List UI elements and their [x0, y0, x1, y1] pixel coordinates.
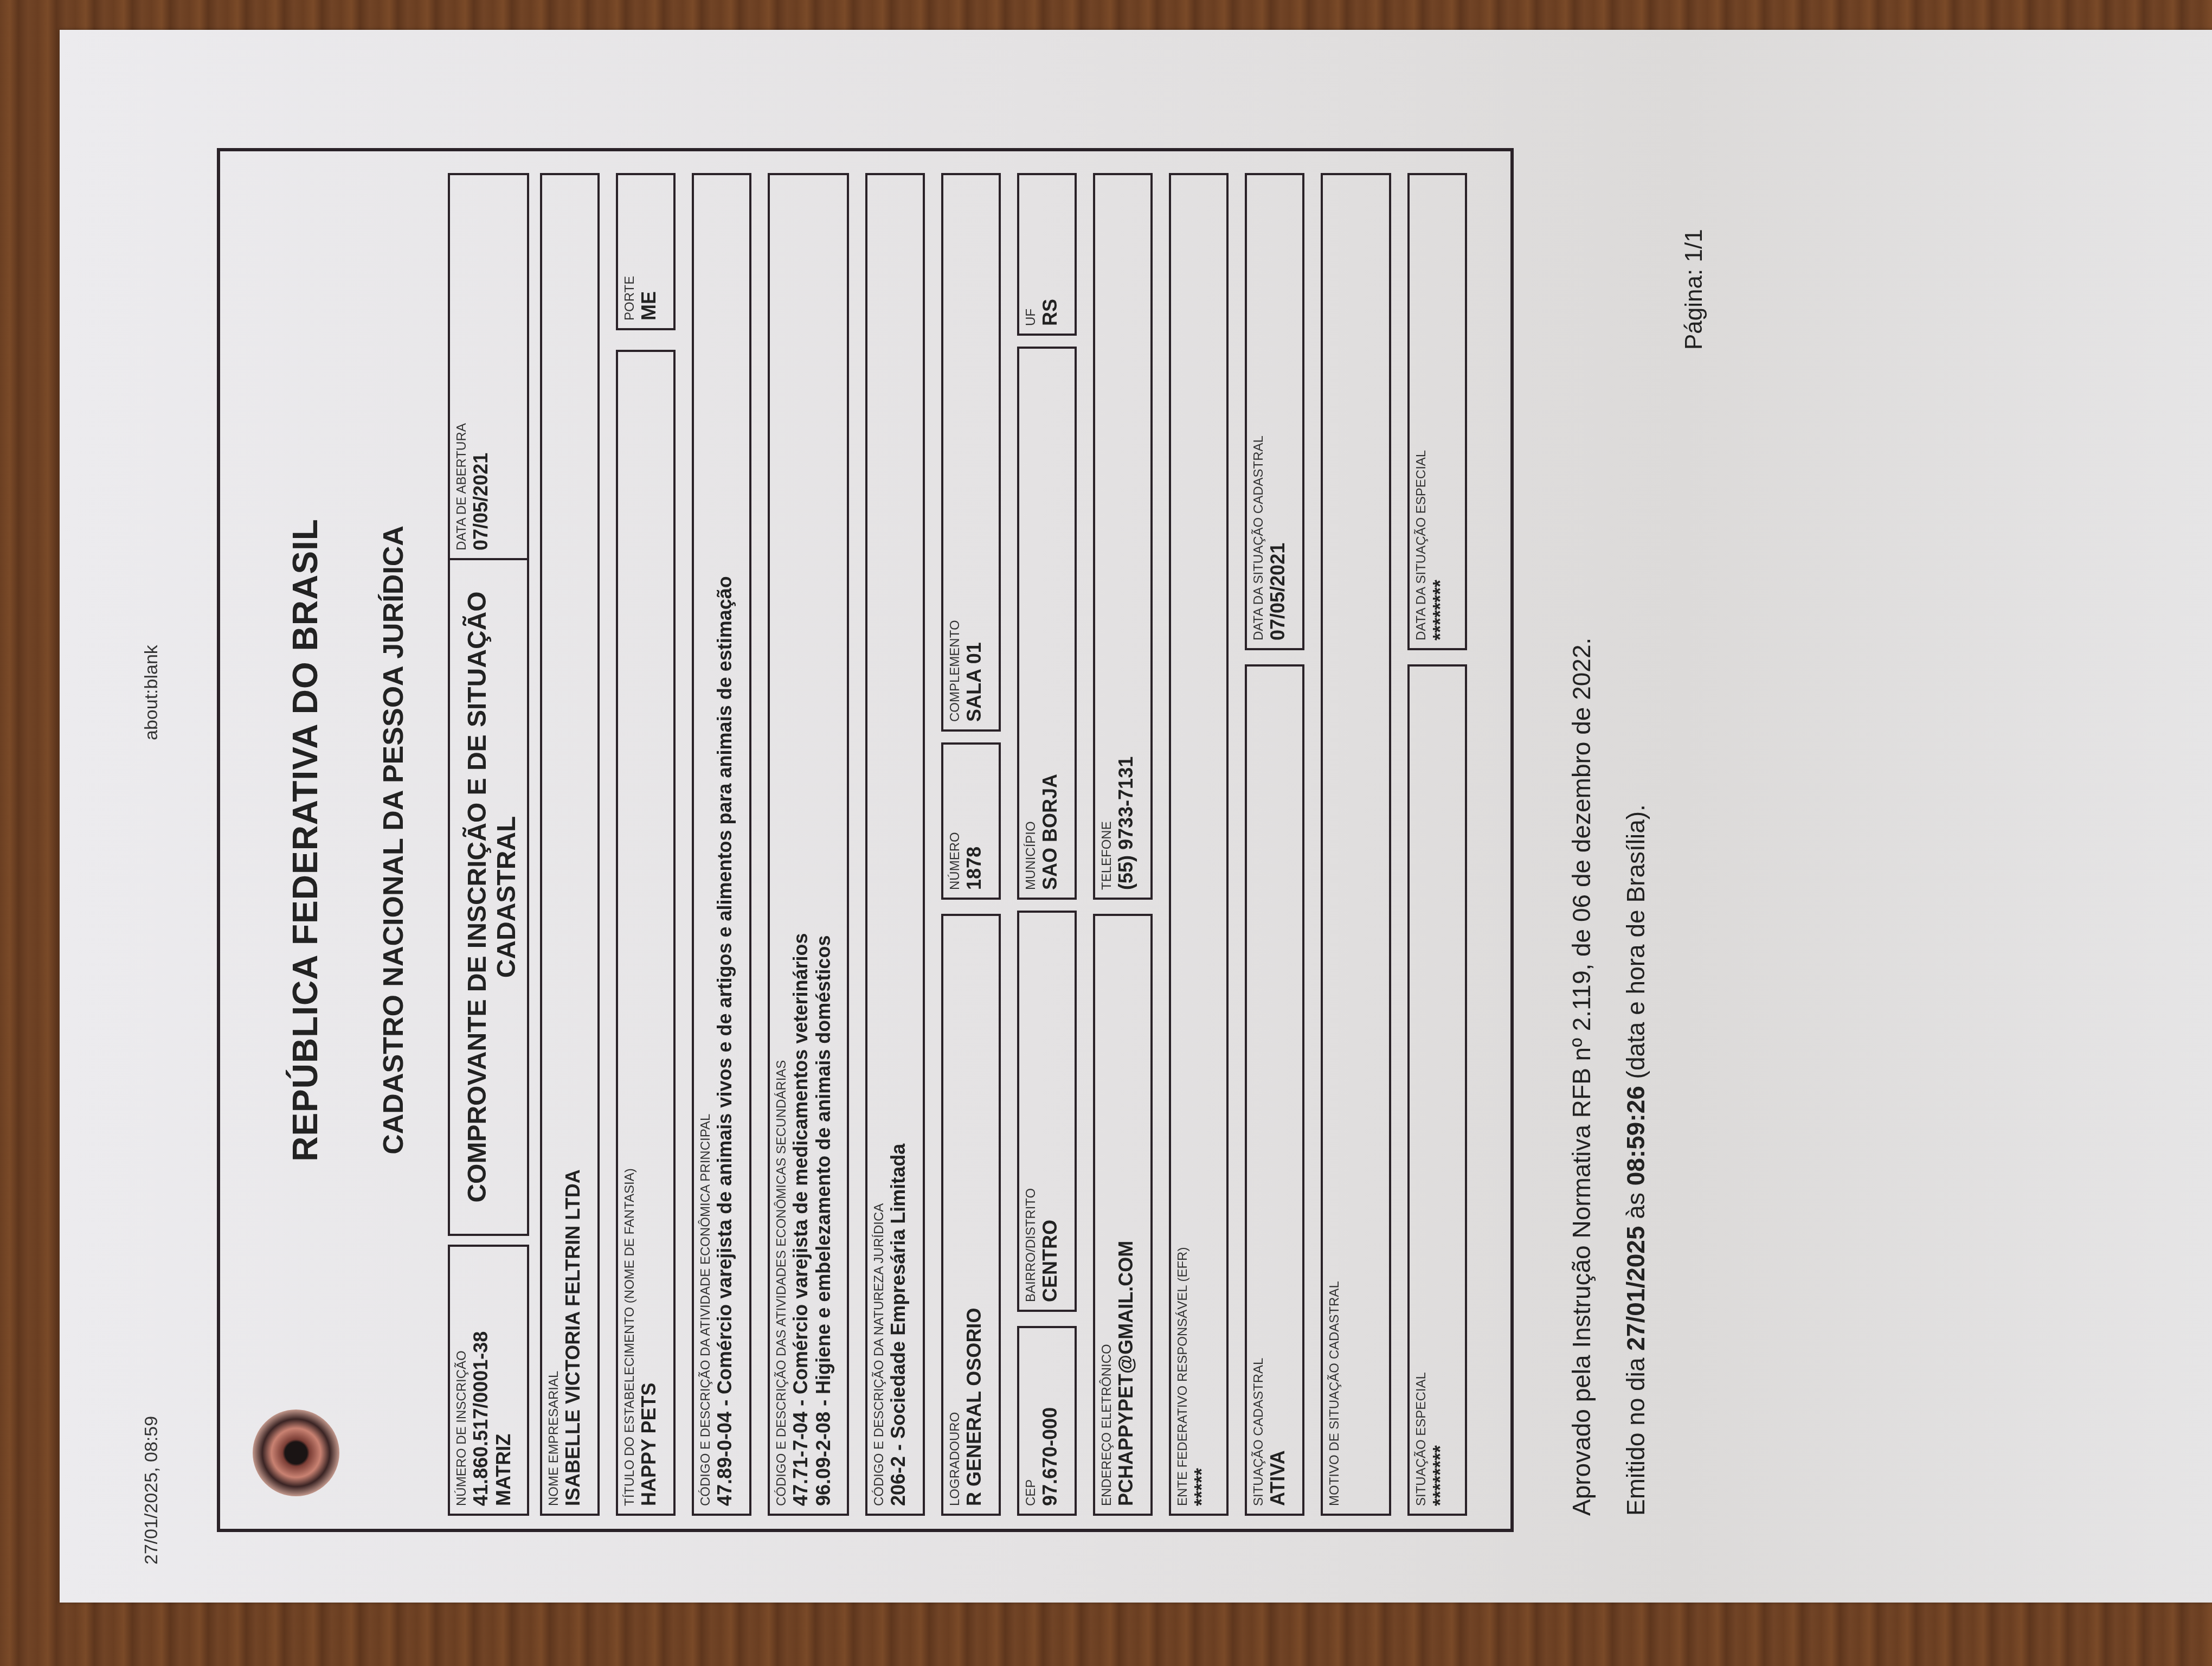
field-situacao-especial: SITUAÇÃO ESPECIAL ******** [1407, 664, 1467, 1516]
field-cep: CEP 97.670-000 [1017, 1326, 1077, 1516]
page-number: Página: 1/1 [1681, 229, 1708, 350]
field-nome-empresarial: NOME EMPRESARIAL ISABELLE VICTORIA FELTR… [540, 173, 600, 1516]
field-logradouro: LOGRADOURO R GENERAL OSORIO [941, 914, 1001, 1516]
document-title: REPÚBLICA FEDERATIVA DO BRASIL [285, 151, 325, 1529]
field-situacao-cadastral: SITUAÇÃO CADASTRAL ATIVA [1245, 664, 1304, 1516]
print-url: about:blank [141, 645, 162, 740]
field-titulo-estabelecimento: TÍTULO DO ESTABELECIMENTO (NOME DE FANTA… [616, 350, 676, 1516]
paper-sheet: 27/01/2025, 08:59 about:blank REPÚBLICA … [60, 30, 2212, 1603]
matriz-value: MATRIZ [492, 1254, 515, 1506]
field-atividades-secundarias: CÓDIGO E DESCRIÇÃO DAS ATIVIDADES ECONÔM… [768, 173, 849, 1516]
cnpj-value: 41.860.517/0001-38 [470, 1254, 492, 1506]
field-municipio: MUNICÍPIO SAO BORJA [1017, 347, 1077, 900]
atividade-secundaria-item: 96.09-2-08 - Higiene e embelezamento de … [812, 183, 835, 1506]
field-data-situacao-especial: DATA DA SITUAÇÃO ESPECIAL ******** [1407, 173, 1467, 650]
field-atividade-principal: CÓDIGO E DESCRIÇÃO DA ATIVIDADE ECONÔMIC… [692, 173, 751, 1516]
field-comprovante: COMPROVANTE DE INSCRIÇÃO E DE SITUAÇÃO C… [448, 558, 529, 1236]
document-subtitle: CADASTRO NACIONAL DA PESSOA JURÍDICA [377, 151, 410, 1529]
field-numero: NÚMERO 1878 [941, 742, 1001, 900]
field-uf: UF RS [1017, 173, 1077, 336]
emission-date: 27/01/2025 [1622, 1226, 1650, 1350]
field-efr: ENTE FEDERATIVO RESPONSÁVEL (EFR) ***** [1169, 173, 1229, 1516]
cnpj-card-frame: REPÚBLICA FEDERATIVA DO BRASIL CADASTRO … [217, 148, 1514, 1532]
document-page: 27/01/2025, 08:59 about:blank REPÚBLICA … [60, 30, 2212, 1603]
field-telefone: TELEFONE (55) 9733-7131 [1093, 173, 1153, 900]
emission-note: Emitido no dia 27/01/2025 às 08:59:26 (d… [1621, 804, 1650, 1516]
atividade-secundaria-item: 47.71-7-04 - Comércio varejista de medic… [789, 183, 812, 1506]
field-bairro: BAIRRO/DISTRITO CENTRO [1017, 911, 1077, 1312]
field-data-abertura: DATA DE ABERTURA 07/05/2021 [448, 173, 529, 558]
field-motivo-situacao: MOTIVO DE SITUAÇÃO CADASTRAL [1321, 173, 1391, 1516]
field-complemento: COMPLEMENTO SALA 01 [941, 173, 1001, 732]
field-numero-inscricao: NÚMERO DE INSCRIÇÃO 41.860.517/0001-38 M… [448, 1245, 529, 1516]
field-email: ENDEREÇO ELETRÔNICO PCHAPPYPET@GMAIL.COM [1093, 914, 1153, 1516]
field-porte: PORTE ME [616, 173, 676, 330]
field-natureza-juridica: CÓDIGO E DESCRIÇÃO DA NATUREZA JURÍDICA … [865, 173, 925, 1516]
status-badge: ATIVA [1266, 674, 1289, 1506]
field-data-situacao-cadastral: DATA DA SITUAÇÃO CADASTRAL 07/05/2021 [1245, 173, 1304, 650]
emission-time: 08:59:26 [1622, 1086, 1650, 1186]
approval-note: Aprovado pela Instrução Normativa RFB nº… [1567, 638, 1596, 1516]
print-datetime: 27/01/2025, 08:59 [141, 1416, 162, 1565]
